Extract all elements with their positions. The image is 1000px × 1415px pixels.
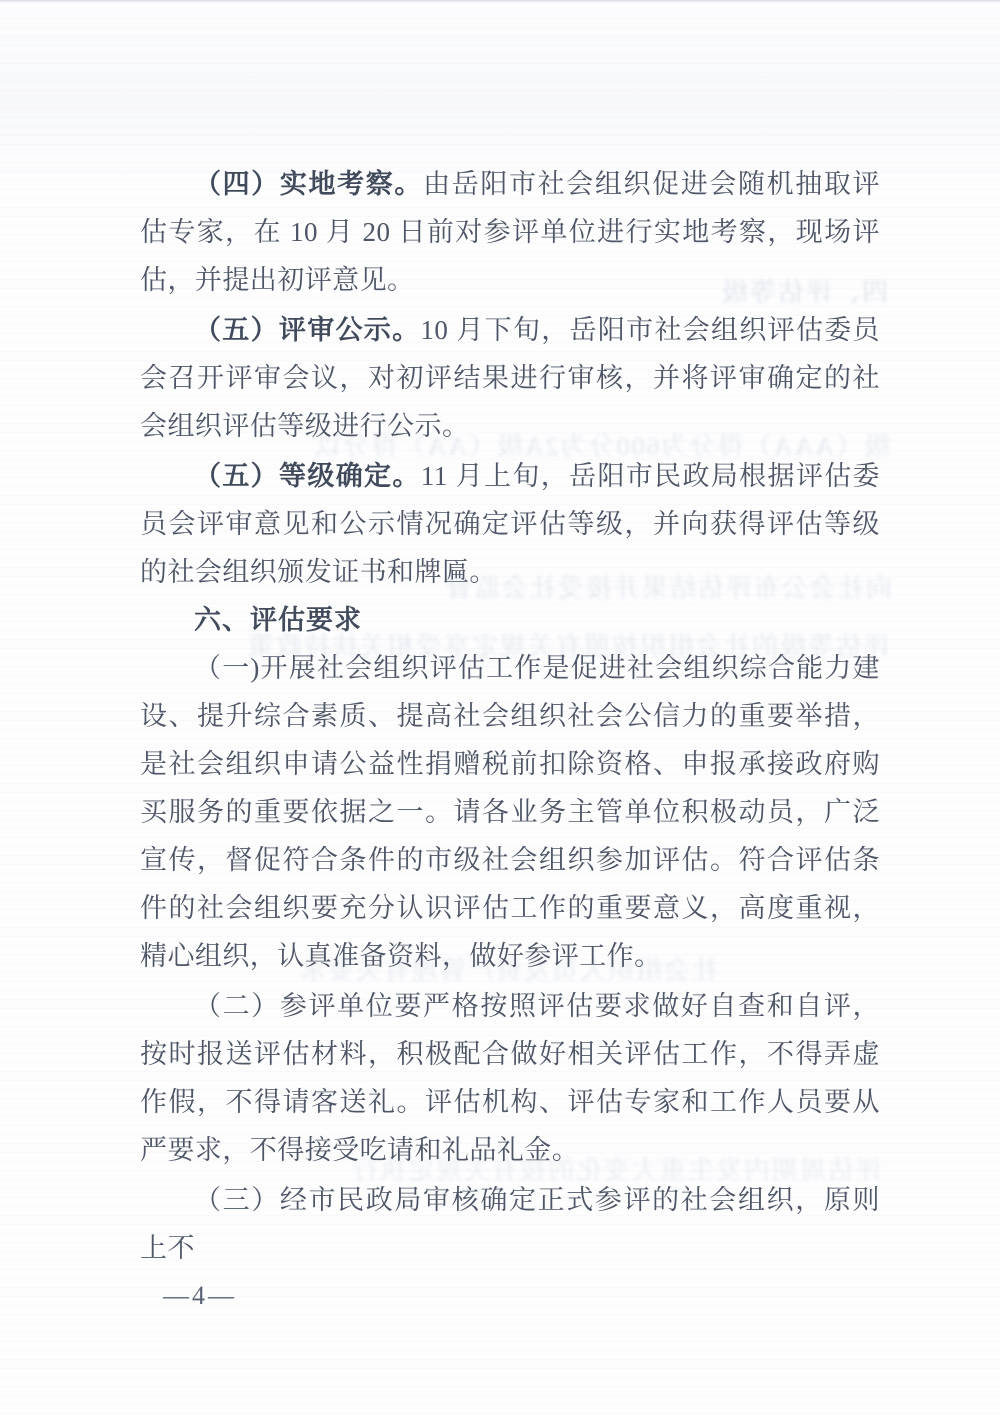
paragraph-site-inspection: （四）实地考察。由岳阳市社会组织促进会随机抽取评估专家，在 10 月 20 日前… (140, 160, 880, 304)
paragraph-review-publicity: （五）评审公示。10 月下旬，岳阳市社会组织评估委员会召开评审会议，对初评结果进… (140, 306, 880, 450)
paragraph-lead-review-publicity: （五）评审公示。 (194, 315, 420, 345)
scanned-document-page: 四、评估等级 级（AAA）得分为600分为2A级（AA）得分以 向社会公布评估结… (0, 0, 1000, 1415)
section-heading-evaluation-requirements: 六、评估要求 (140, 596, 880, 644)
paragraph-lead-grade-confirmation: （五）等级确定。 (194, 461, 421, 491)
paragraph-requirement-1: （一)开展社会组织评估工作是促进社会组织综合能力建设、提升综合素质、提高社会组织… (140, 644, 880, 980)
paragraph-grade-confirmation: （五）等级确定。11 月上旬，岳阳市民政局根据评估委员会评审意见和公示情况确定评… (140, 452, 880, 596)
paragraph-requirement-2: （二）参评单位要严格按照评估要求做好自查和自评，按时报送评估材料，积极配合做好相… (140, 982, 880, 1174)
paragraph-requirement-3: （三）经市民政局审核确定正式参评的社会组织，原则上不 (140, 1176, 880, 1272)
page-number: —4— (163, 1281, 237, 1311)
paragraph-lead-site-inspection: （四）实地考察。 (194, 169, 423, 199)
document-body: （四）实地考察。由岳阳市社会组织促进会随机抽取评估专家，在 10 月 20 日前… (140, 160, 880, 1272)
